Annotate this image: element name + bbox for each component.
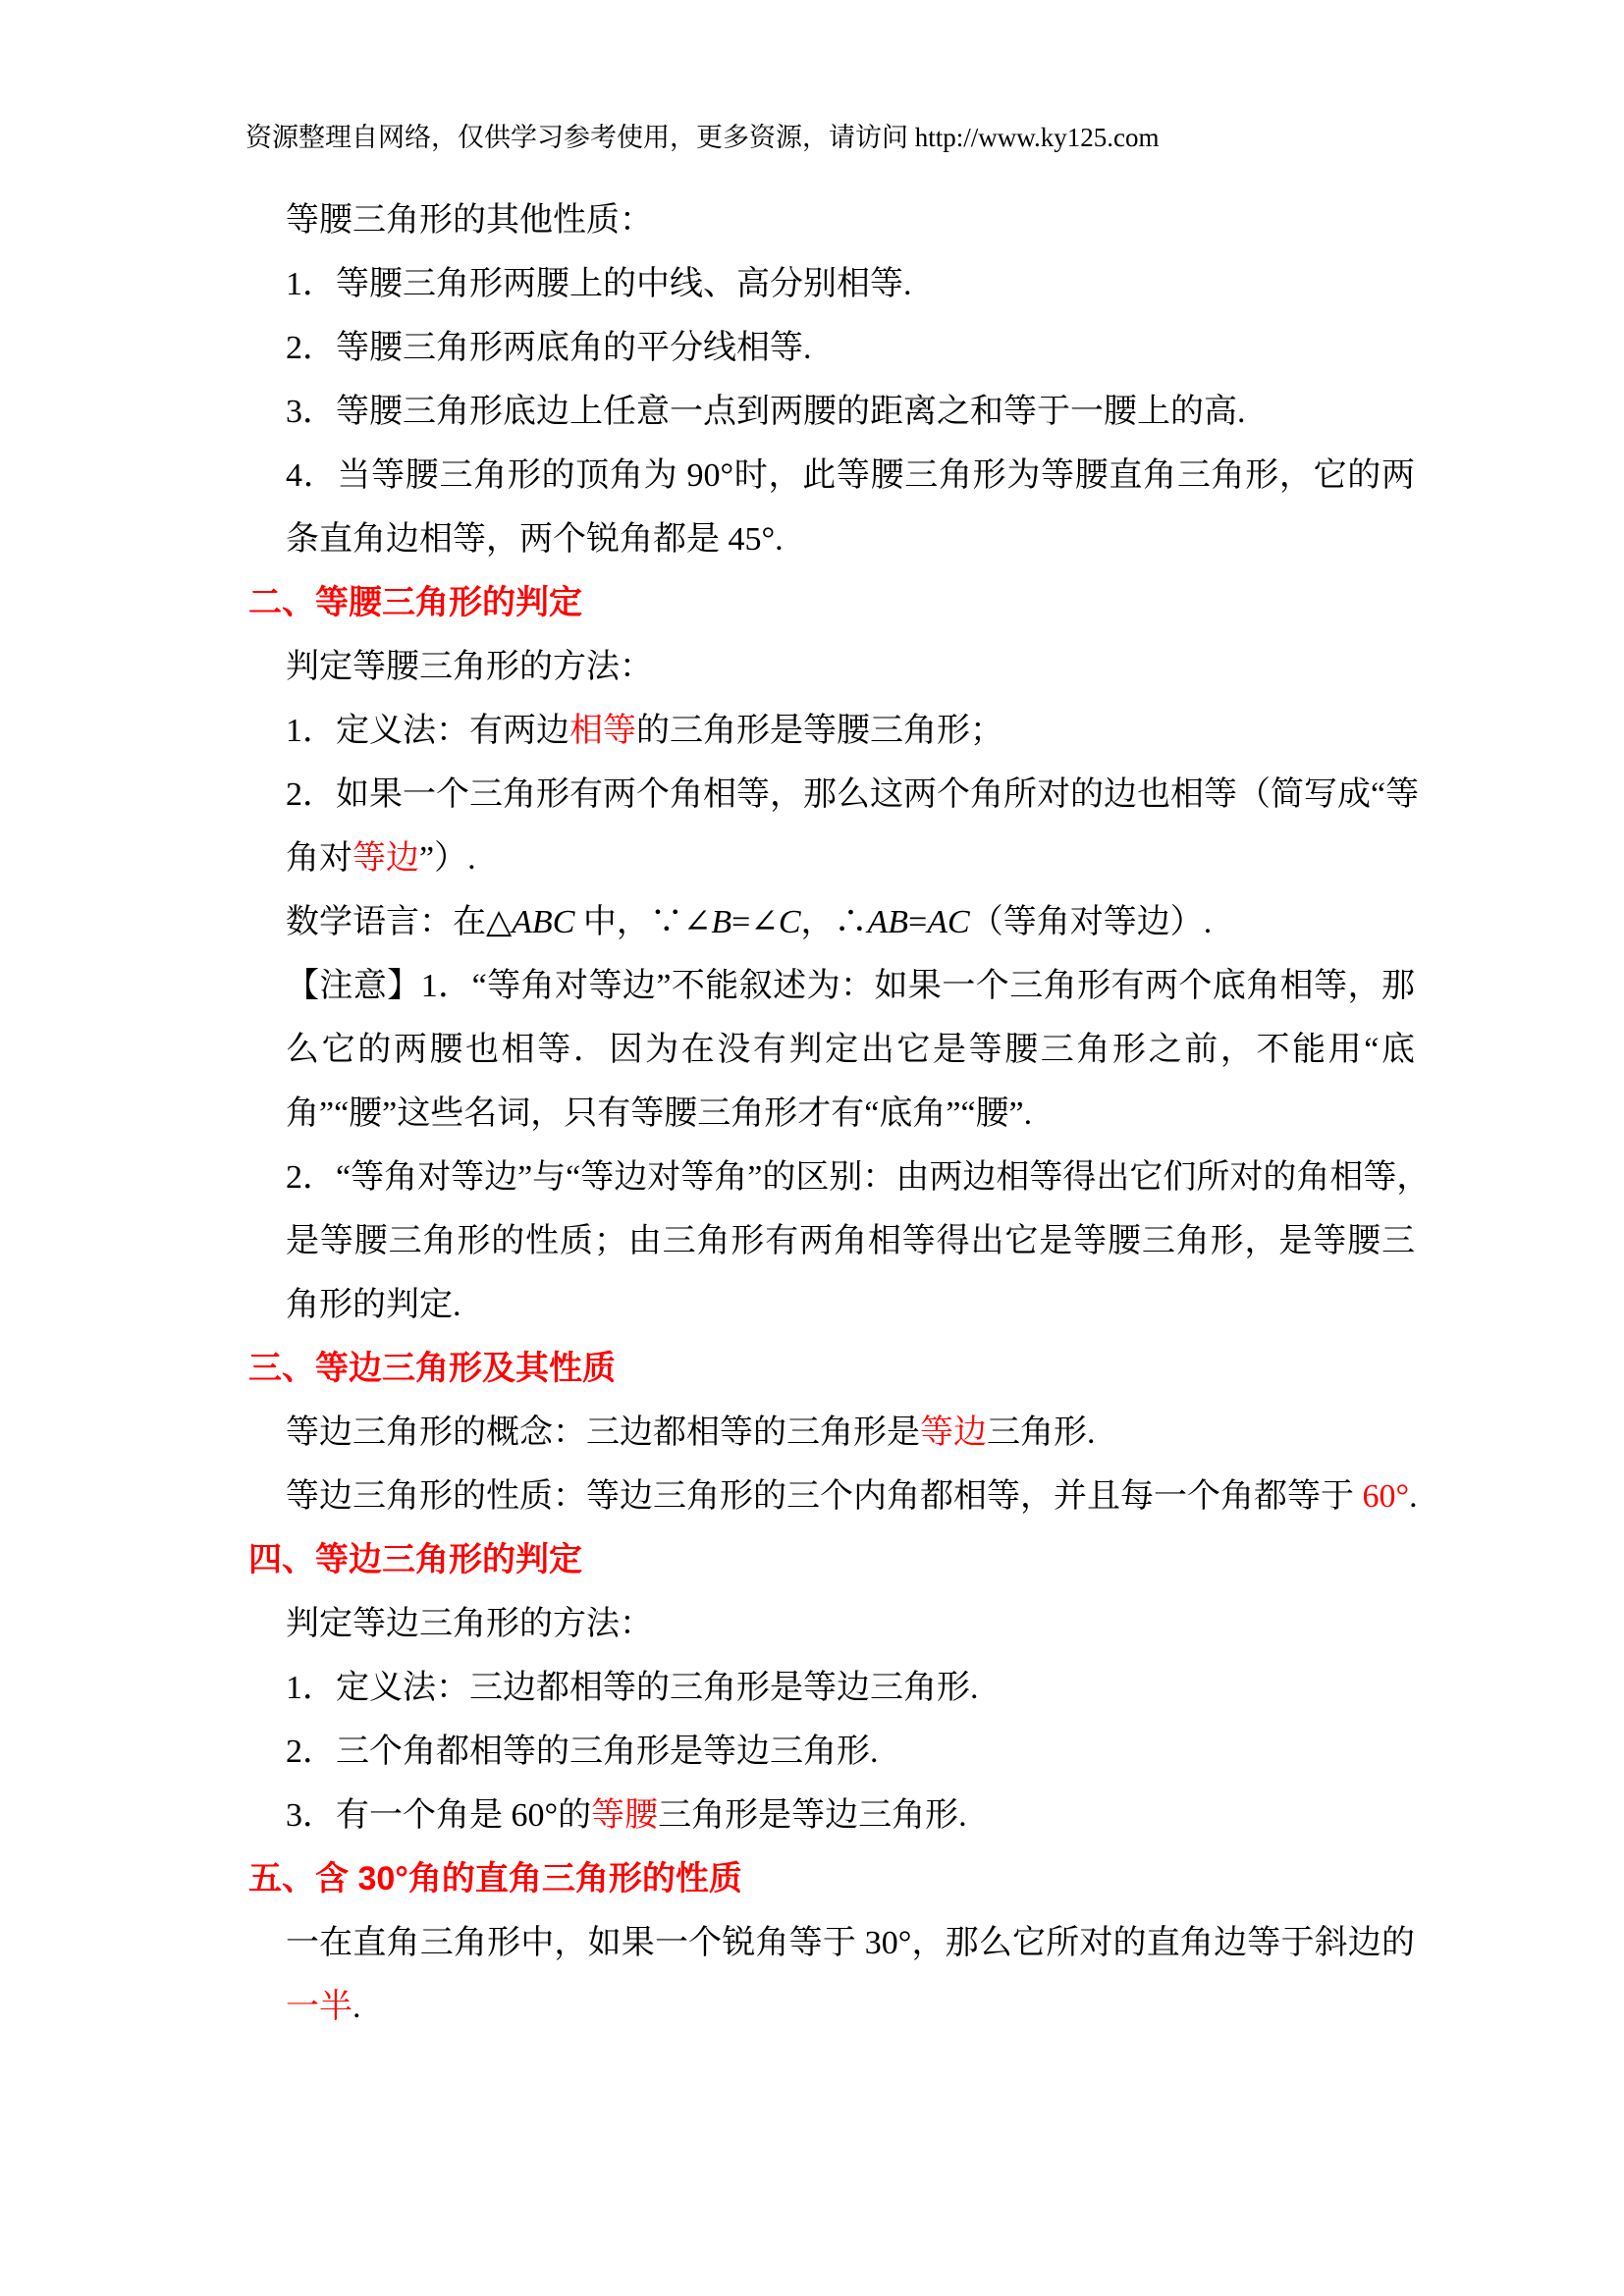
text-segment: 角形的判定. — [286, 1287, 461, 1323]
text-segment: （等角对等边）. — [970, 904, 1213, 940]
text-segment: 判定等腰三角形的方法： — [286, 649, 653, 685]
text-segment: 3．等腰三角形底边上任意一点到两腰的距离之和等于一腰上的高. — [286, 394, 1246, 430]
document-body: 等腰三角形的其他性质：1．等腰三角形两腰上的中线、高分别相等.2．等腰三角形两底… — [248, 188, 1436, 2039]
text-segment: 判定等边三角形的方法： — [286, 1606, 653, 1642]
text-segment: 条直角边相等，两个锐角都是 45°. — [286, 521, 784, 558]
text-segment: 3．有一个角是 60°的 — [286, 1797, 591, 1834]
section-heading: 五、含 30°角的直角三角形的性质 — [248, 1847, 1436, 1911]
highlight-red-text: 一半 — [286, 1989, 352, 2025]
text-segment: 2．如果一个三角形有两个角相等，那么这两个角所对的边也相等（简写成“等 — [286, 776, 1419, 813]
text-line: 4．当等腰三角形的顶角为 90°时，此等腰三角形为等腰直角三角形，它的两 — [248, 444, 1415, 507]
text-line: 是等腰三角形的性质；由三角形有两角相等得出它是等腰三角形，是等腰三 — [248, 1209, 1415, 1273]
text-line: 1．定义法：有两边相等的三角形是等腰三角形； — [248, 699, 1436, 763]
text-segment: =∠ — [731, 904, 779, 940]
text-line: 【注意】1．“等角对等边”不能叙述为：如果一个三角形有两个底角相等，那 — [248, 954, 1415, 1018]
text-segment: 三角形. — [987, 1415, 1096, 1451]
text-line: 判定等腰三角形的方法： — [248, 635, 1436, 699]
math-italic-text: B — [711, 904, 731, 940]
text-segment: 【注意】1．“等角对等边”不能叙述为：如果一个三角形有两个底角相等，那 — [286, 968, 1415, 1004]
text-segment: 数学语言：在△ — [286, 904, 512, 940]
text-segment: 1．等腰三角形两腰上的中线、高分别相等. — [286, 266, 912, 302]
text-segment: ”）. — [419, 840, 476, 877]
text-segment: 4．当等腰三角形的顶角为 90°时，此等腰三角形为等腰直角三角形，它的两 — [286, 457, 1415, 494]
text-segment: . — [352, 1989, 361, 2025]
highlight-red-text: 等腰 — [591, 1797, 658, 1834]
text-line: 一在直角三角形中，如果一个锐角等于 30°，那么它所对的直角边等于斜边的 — [248, 1911, 1415, 1975]
heading-text: 三、等边三角形及其性质 — [248, 1350, 616, 1387]
text-segment: 角对 — [286, 840, 352, 877]
math-italic-text: C — [779, 904, 801, 940]
text-line: 3．等腰三角形底边上任意一点到两腰的距离之和等于一腰上的高. — [248, 380, 1436, 444]
heading-text: 二、等腰三角形的判定 — [248, 584, 582, 621]
text-segment: 等腰三角形的其他性质： — [286, 202, 653, 239]
highlight-red-text: 等边 — [352, 840, 419, 877]
text-line: 2．“等角对等边”与“等边对等角”的区别：由两边相等得出它们所对的角相等， — [248, 1146, 1415, 1209]
text-line: 角”“腰”这些名词，只有等腰三角形才有“底角”“腰”. — [248, 1082, 1436, 1146]
section-heading: 二、等腰三角形的判定 — [248, 571, 1436, 635]
text-segment: = — [908, 904, 927, 940]
text-line: 2．如果一个三角形有两个角相等，那么这两个角所对的边也相等（简写成“等 — [248, 763, 1415, 827]
section-heading: 四、等边三角形的判定 — [248, 1528, 1436, 1592]
text-segment: 么它的两腰也相等．因为在没有判定出它是等腰三角形之前，不能用“底 — [286, 1032, 1415, 1068]
text-segment: 2．“等角对等边”与“等边对等角”的区别：由两边相等得出它们所对的角相等， — [286, 1159, 1430, 1196]
text-segment: 1．定义法：三边都相等的三角形是等边三角形. — [286, 1670, 979, 1706]
math-italic-text: AB — [868, 904, 909, 940]
document-page: 资源整理自网络，仅供学习参考使用，更多资源，请访问 http://www.ky1… — [0, 0, 1624, 2296]
text-segment: 等边三角形的概念：三边都相等的三角形是 — [286, 1415, 920, 1451]
text-line: 条直角边相等，两个锐角都是 45°. — [248, 507, 1436, 571]
text-line: 等腰三角形的其他性质： — [248, 188, 1436, 252]
text-line: 角形的判定. — [248, 1273, 1436, 1337]
text-line: 判定等边三角形的方法： — [248, 1592, 1436, 1656]
text-line: 一半. — [248, 1975, 1436, 2039]
math-italic-text: AC — [927, 904, 969, 940]
text-segment: 2．等腰三角形两底角的平分线相等. — [286, 330, 812, 366]
text-line: 数学语言：在△ABC 中，∵∠B=∠C，∴AB=AC（等角对等边）. — [248, 890, 1436, 954]
text-line: 2．等腰三角形两底角的平分线相等. — [248, 316, 1436, 380]
text-segment: 一在直角三角形中，如果一个锐角等于 30°，那么它所对的直角边等于斜边的 — [286, 1925, 1415, 1961]
heading-text: 五、含 30°角的直角三角形的性质 — [248, 1860, 742, 1897]
text-segment: 的三角形是等腰三角形； — [636, 713, 1003, 749]
page-header-notice: 资源整理自网络，仅供学习参考使用，更多资源，请访问 http://www.ky1… — [245, 118, 1159, 157]
highlight-red-text: 60° — [1363, 1478, 1410, 1515]
text-line: 么它的两腰也相等．因为在没有判定出它是等腰三角形之前，不能用“底 — [248, 1018, 1415, 1082]
highlight-red-text: 等边 — [920, 1415, 987, 1451]
text-line: 2．三个角都相等的三角形是等边三角形. — [248, 1720, 1436, 1784]
heading-text: 四、等边三角形的判定 — [248, 1541, 582, 1578]
text-line: 1．定义法：三边都相等的三角形是等边三角形. — [248, 1656, 1436, 1720]
text-segment: 等边三角形的性质：等边三角形的三个内角都相等，并且每一个角都等于 — [286, 1478, 1363, 1515]
text-segment: ，∴ — [801, 904, 868, 940]
text-line: 角对等边”）. — [248, 827, 1436, 890]
text-segment: 中，∵∠ — [574, 904, 711, 940]
text-line: 等边三角形的概念：三边都相等的三角形是等边三角形. — [248, 1401, 1436, 1465]
text-segment: 2．三个角都相等的三角形是等边三角形. — [286, 1734, 879, 1770]
text-segment: . — [1409, 1478, 1418, 1515]
text-line: 3．有一个角是 60°的等腰三角形是等边三角形. — [248, 1784, 1436, 1847]
text-line: 等边三角形的性质：等边三角形的三个内角都相等，并且每一个角都等于 60°. — [248, 1465, 1436, 1528]
text-segment: 角”“腰”这些名词，只有等腰三角形才有“底角”“腰”. — [286, 1095, 1032, 1132]
text-line: 1．等腰三角形两腰上的中线、高分别相等. — [248, 252, 1436, 316]
highlight-red-text: 相等 — [569, 713, 636, 749]
text-segment: 是等腰三角形的性质；由三角形有两角相等得出它是等腰三角形，是等腰三 — [286, 1223, 1415, 1259]
math-italic-text: ABC — [512, 904, 574, 940]
text-segment: 三角形是等边三角形. — [658, 1797, 967, 1834]
text-segment: 1．定义法：有两边 — [286, 713, 569, 749]
section-heading: 三、等边三角形及其性质 — [248, 1337, 1436, 1401]
